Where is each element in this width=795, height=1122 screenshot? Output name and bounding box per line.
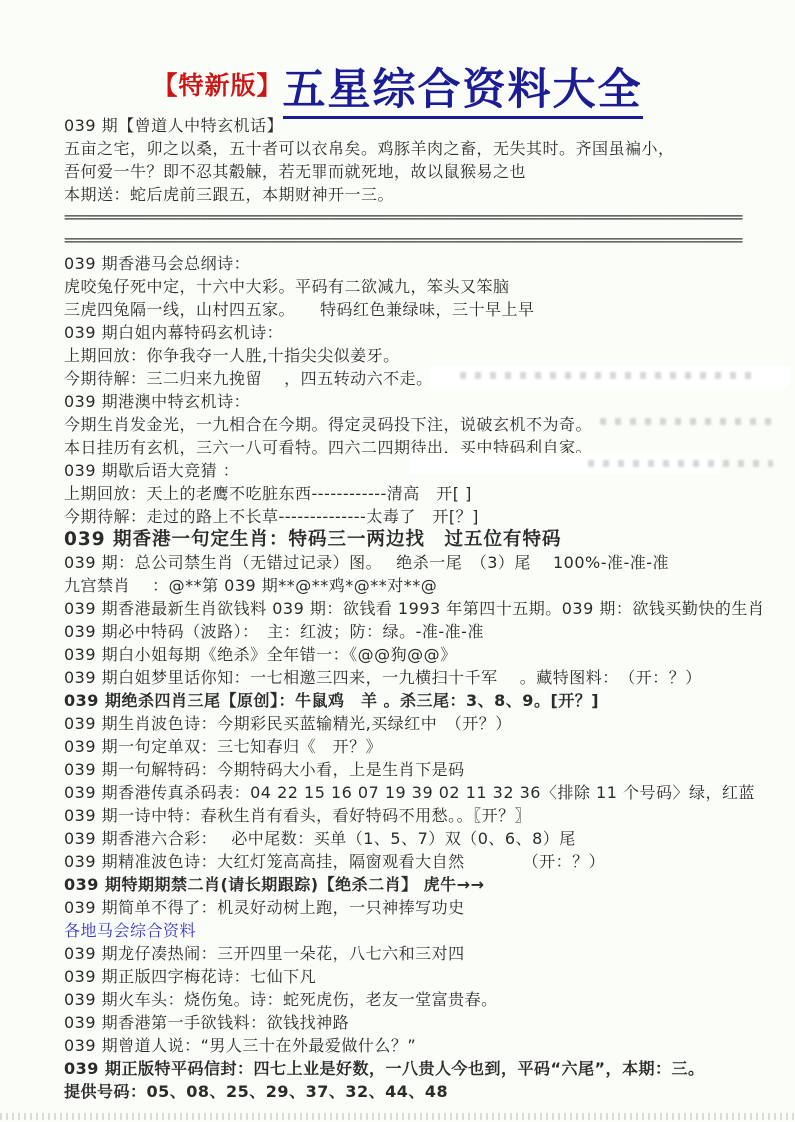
- info-line: 039 期白姐内幕特码玄机诗：: [64, 321, 765, 344]
- info-line: 039 期香港传真杀码表：04 22 15 16 07 19 39 02 11 …: [64, 781, 765, 804]
- section-separator: ========================================…: [64, 206, 765, 229]
- info-line: 五亩之宅，卯之以桑，五十者可以衣帛矣。鸡豚羊肉之畜，无失其时。齐国虽褊小，: [64, 137, 765, 160]
- erased-text-artifact: [588, 460, 773, 467]
- info-line: 039 期特期期禁二肖(请长期跟踪)【绝杀二肖】 虎牛→→: [64, 873, 765, 896]
- info-line: 虎咬兔仔死中定，十六中大彩。平码有二欲减九，笨头又笨脑: [64, 275, 765, 298]
- section-separator: ========================================…: [64, 229, 765, 252]
- info-line: 039 期香港最新生肖欲钱料 039 期：欲钱看 1993 年第四十五期。039…: [64, 597, 765, 620]
- page-title: 五星综合资料大全: [283, 65, 643, 119]
- info-line: 039 期白小姐每期《绝杀》全年错一：《@@狗@@》: [64, 643, 765, 666]
- info-line: 039 期：总公司禁生肖（无错过记录）图。 绝杀一尾 （3）尾 100%-准-准…: [64, 551, 765, 574]
- info-line: 039 期一句解特码：今期特码大小看，上是生肖下是码: [64, 758, 765, 781]
- info-line: 039 期香港六合彩： 必中尾数：买单（1、5、7）双（0、6、8）尾: [64, 827, 765, 850]
- info-line: 039 期龙仔凑热闹：三开四里一朵花，八七六和三对四: [64, 942, 765, 965]
- info-line: 039 期生肖波色诗：今期彩民买蓝输精光,买绿红中 （开？）: [64, 712, 765, 735]
- page-header: 【特新版】五星综合资料大全: [0, 0, 795, 110]
- info-line: 本期送：蛇后虎前三跟五，本期财神开一三。: [64, 183, 765, 206]
- info-line: 各地马会综合资料: [64, 919, 765, 942]
- info-line: 039 期正版四字梅花诗：七仙下凡: [64, 965, 765, 988]
- info-line: 提供号码：05、08、25、29、37、32、44、48: [64, 1080, 765, 1103]
- info-line: 039 期香港第一手欲钱料：欲钱找神路: [64, 1011, 765, 1034]
- erased-text-artifact: [460, 372, 760, 379]
- info-line: 039 期一诗中特：春秋生肖有看头，看好特码不用愁。。〖开？〗: [64, 804, 765, 827]
- info-line: 039 期绝杀四肖三尾【原创】：牛鼠鸡 羊 。杀三尾：3、8、9。[开？]: [64, 689, 765, 712]
- bottom-perforation-strip: [0, 1113, 795, 1120]
- info-line: 039 期简单不得了：机灵好动树上跑，一只神捧写功史: [64, 896, 765, 919]
- info-line: 039 期香港一句定生肖：特码三一两边找 过五位有特码: [64, 528, 765, 551]
- info-line: 039 期精准波色诗：大红灯笼高高挂，隔窗观看大自然 （开：？）: [64, 850, 765, 873]
- edition-badge: 【特新版】: [152, 71, 282, 100]
- info-line: 039 期一句定单双：三七知春归《 开？》: [64, 735, 765, 758]
- info-line: 上期回放：天上的老鹰不吃脏东西------------清高 开[ ]: [64, 482, 765, 505]
- info-line: 039 期正版特平码信封：四七上业是好数，一八贵人今也到，平码“六尾”，本期：三…: [64, 1057, 765, 1080]
- lottery-info-lines: 039 期【曾道人中特玄机话】五亩之宅，卯之以桑，五十者可以衣帛矣。鸡豚羊肉之畜…: [0, 110, 795, 1103]
- info-line: 今期待解：走过的路上不长草--------------太毒了 开[？]: [64, 505, 765, 528]
- erased-text-artifact: [600, 418, 775, 425]
- info-line: 039 期白姐梦里话你知：一七相邀三四来，一九横扫十千军 。藏特图料： （开：？…: [64, 666, 765, 689]
- info-line: 039 期曾道人说：“男人三十在外最爱做什么？”: [64, 1034, 765, 1057]
- info-line: 039 期火车头：烧伤兔。诗：蛇死虎伤，老友一堂富贵春。: [64, 988, 765, 1011]
- info-line: 吾何爱一牛？即不忍其觳觫，若无罪而就死地，故以鼠猴易之也: [64, 160, 765, 183]
- info-line: 039 期必中特码（波路）： 主：红波；防：绿。-准-准-准: [64, 620, 765, 643]
- info-line: 039 期港澳中特玄机诗：: [64, 390, 765, 413]
- info-line: 九宫禁肖 ：@**第 039 期**@**鸡*@**对**@: [64, 574, 765, 597]
- info-line: 上期回放：你争我夺一人胜,十指尖尖似姜牙。: [64, 344, 765, 367]
- info-line: 三虎四兔隔一线，山村四五家。 特码红色兼绿味，三十早上早: [64, 298, 765, 321]
- info-line: 039 期香港马会总纲诗：: [64, 252, 765, 275]
